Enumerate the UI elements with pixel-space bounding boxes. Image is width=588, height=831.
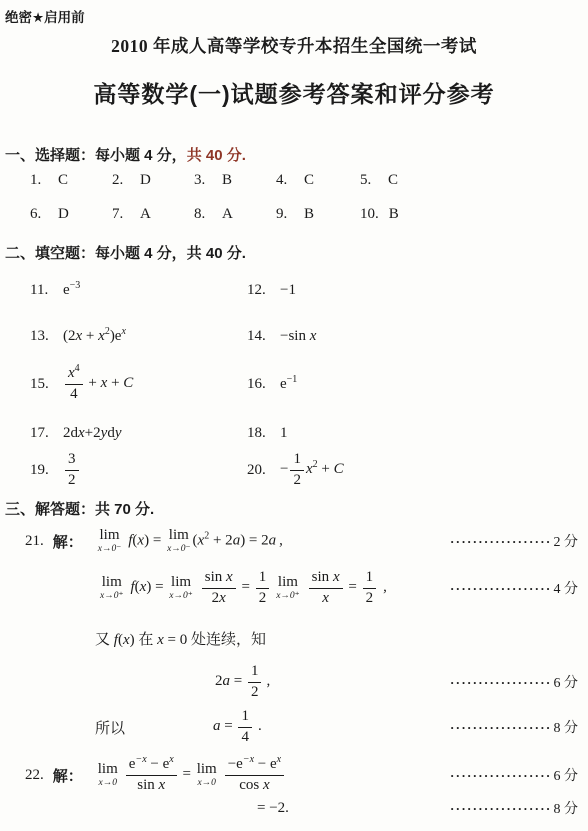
choice-answer-q1: 1.C (30, 172, 112, 189)
choice-number: 9. (276, 206, 294, 223)
choice-answer-q10: 10.B (360, 206, 442, 223)
solution-line-q21-1: 21.解：limx→0⁻f(x) = limx→0⁻(x2 + 2a) = 2a… (25, 528, 578, 554)
choice-letter: A (140, 206, 151, 223)
choice-letter: D (140, 172, 151, 189)
blank-number: 19. (30, 462, 63, 479)
blank-answer-q18: 18.1 (247, 423, 578, 443)
section-solution-heading: 三、解答题：共 70 分. (5, 498, 154, 519)
math-expression: 2a = 12, (215, 663, 270, 701)
choice-letter: B (304, 206, 314, 223)
score-points: 6 分 (554, 672, 579, 692)
blank-answer-q16: 16.e−1 (247, 362, 578, 406)
solution-line-q21-2: limx→0⁺f(x) = limx→0⁺sin x2x = 12limx→0⁺… (98, 566, 578, 610)
choice-number: 1. (30, 172, 48, 189)
dotted-leader: ·················· (450, 534, 551, 550)
score-points: 8 分 (554, 798, 579, 818)
score-points: 2 分 (554, 531, 579, 551)
solution-line-q21-5: 所以a = 14. ··················8 分 (95, 705, 578, 749)
blank-number: 15. (30, 376, 63, 393)
exam-title: 2010 年成人高等学校专升本招生全国统一考试 (0, 33, 588, 58)
blank-answer-row: 11.e−3 12.−1 (30, 280, 578, 300)
math-expression: 又 f(x) 在 x = 0 处连续，知 (95, 628, 266, 649)
math-expression: limx→0e−x − exsin x = limx→0−e−x − excos… (96, 756, 286, 794)
score-points: 4 分 (554, 578, 579, 598)
choice-answer-q2: 2.D (112, 172, 194, 189)
choice-letter: B (389, 206, 399, 223)
dotted-leader: ·················· (450, 675, 551, 691)
math-expression: limx→0⁺f(x) = limx→0⁺sin x2x = 12limx→0⁺… (98, 569, 387, 607)
choice-number: 5. (360, 172, 378, 189)
solution-line-q22-2: = −2. ··················8 分 (257, 799, 578, 817)
blank-answer-q17: 17.2dx+2ydy (30, 423, 247, 443)
math-expression: e−1 (280, 376, 297, 393)
math-expression: −12x2 + C (280, 451, 344, 489)
choice-answer-q6: 6.D (30, 206, 112, 223)
choice-letter: C (58, 172, 68, 189)
paper-title: 高等数学(一)试题参考答案和评分参考 (0, 76, 588, 109)
therefore-label: 所以 (95, 717, 125, 738)
math-expression: x44 + x + C (63, 365, 133, 403)
choice-letter: C (388, 172, 398, 189)
blank-answer-q19: 19.32 (30, 448, 247, 492)
score-mark: ··················8 分 (450, 798, 578, 818)
blank-answer-q12: 12.−1 (247, 280, 578, 300)
choice-number: 6. (30, 206, 48, 223)
math-expression: e−3 (63, 282, 80, 299)
blank-answer-q14: 14.−sin x (247, 326, 578, 346)
solution-line-q21-4: 2a = 12, ··················6 分 (215, 660, 578, 704)
math-expression: 1 (280, 425, 288, 442)
blank-number: 17. (30, 425, 63, 442)
choice-number: 8. (194, 206, 212, 223)
blank-answer-q13: 13.(2x + x2)ex (30, 326, 247, 346)
choice-answer-q3: 3.B (194, 172, 276, 189)
blank-number: 18. (247, 425, 280, 442)
blank-answer-row: 19.32 20.−12x2 + C (30, 448, 578, 492)
solution-content: 22.解：limx→0e−x − exsin x = limx→0−e−x − … (25, 756, 286, 794)
math-expression: −1 (280, 282, 296, 299)
blank-answer-row: 13.(2x + x2)ex 14.−sin x (30, 326, 578, 346)
solution-content: 又 f(x) 在 x = 0 处连续，知 (95, 628, 266, 649)
choice-answer-q5: 5.C (360, 172, 442, 189)
blank-number: 14. (247, 328, 280, 345)
score-mark: ··················6 分 (450, 765, 578, 785)
math-expression: 32 (63, 451, 81, 489)
dotted-leader: ·················· (450, 768, 551, 784)
math-expression: = −2. (257, 800, 289, 817)
choice-letter: B (222, 172, 232, 189)
choice-answer-row-1: 1.C 2.D 3.B 4.C 5.C (30, 172, 578, 189)
solution-content: limx→0⁺f(x) = limx→0⁺sin x2x = 12limx→0⁺… (98, 569, 387, 607)
choice-number: 7. (112, 206, 130, 223)
dotted-leader: ·················· (450, 720, 551, 736)
choice-number: 2. (112, 172, 130, 189)
math-expression: 2dx+2ydy (63, 425, 121, 442)
math-expression: −sin x (280, 328, 316, 345)
score-mark: ··················8 分 (450, 717, 578, 737)
blank-answer-q15: 15.x44 + x + C (30, 362, 247, 406)
blank-number: 16. (247, 376, 280, 393)
question-number: 22. (25, 767, 44, 784)
solution-line-q21-3: 又 f(x) 在 x = 0 处连续，知 (95, 629, 578, 647)
blank-answer-q20: 20.−12x2 + C (247, 448, 578, 492)
scanned-answer-sheet: 绝密★启用前 2010 年成人高等学校专升本招生全国统一考试 高等数学(一)试题… (0, 0, 588, 831)
section-choice-heading: 一、选择题：每小题 4 分，共 40 分. (5, 144, 246, 165)
score-mark: ··················4 分 (450, 578, 578, 598)
blank-answer-row: 17.2dx+2ydy 18.1 (30, 423, 578, 443)
solution-content: 2a = 12, (215, 663, 270, 701)
solve-label: 解： (53, 531, 83, 552)
score-points: 8 分 (554, 717, 579, 737)
score-points: 6 分 (554, 765, 579, 785)
section-choice-heading-text: 一、选择题：每小题 4 分， (5, 147, 187, 164)
solution-line-q22-1: 22.解：limx→0e−x − exsin x = limx→0−e−x − … (25, 751, 578, 799)
blank-number: 11. (30, 282, 63, 299)
score-mark: ··················2 分 (450, 531, 578, 551)
choice-answer-row-2: 6.D 7.A 8.A 9.B 10.B (30, 206, 578, 223)
dotted-leader: ·················· (450, 801, 551, 817)
section-blank-heading: 二、填空题：每小题 4 分，共 40 分. (5, 242, 246, 263)
solve-label: 解： (53, 765, 83, 786)
choice-letter: D (58, 206, 69, 223)
security-classification: 绝密★启用前 (5, 6, 85, 26)
math-expression: limx→0⁻f(x) = limx→0⁻(x2 + 2a) = 2a, (96, 528, 283, 555)
section-choice-heading-score: 共 40 分. (187, 147, 246, 164)
choice-number: 3. (194, 172, 212, 189)
choice-number: 10. (360, 206, 379, 223)
score-mark: ··················6 分 (450, 672, 578, 692)
choice-number: 4. (276, 172, 294, 189)
solution-content: 21.解：limx→0⁻f(x) = limx→0⁻(x2 + 2a) = 2a… (25, 528, 283, 555)
math-expression: a = 14. (213, 708, 262, 746)
choice-answer-q7: 7.A (112, 206, 194, 223)
choice-answer-q8: 8.A (194, 206, 276, 223)
blank-answer-q11: 11.e−3 (30, 280, 247, 300)
blank-answer-row: 15.x44 + x + C 16.e−1 (30, 362, 578, 406)
choice-letter: C (304, 172, 314, 189)
choice-letter: A (222, 206, 233, 223)
solution-content: = −2. (257, 800, 289, 817)
choice-answer-q9: 9.B (276, 206, 360, 223)
blank-number: 13. (30, 328, 63, 345)
dotted-leader: ·················· (450, 581, 551, 597)
solution-content: 所以a = 14. (95, 708, 262, 746)
blank-number: 20. (247, 462, 280, 479)
question-number: 21. (25, 533, 44, 550)
blank-number: 12. (247, 282, 280, 299)
choice-answer-q4: 4.C (276, 172, 360, 189)
math-expression: (2x + x2)ex (63, 328, 126, 345)
